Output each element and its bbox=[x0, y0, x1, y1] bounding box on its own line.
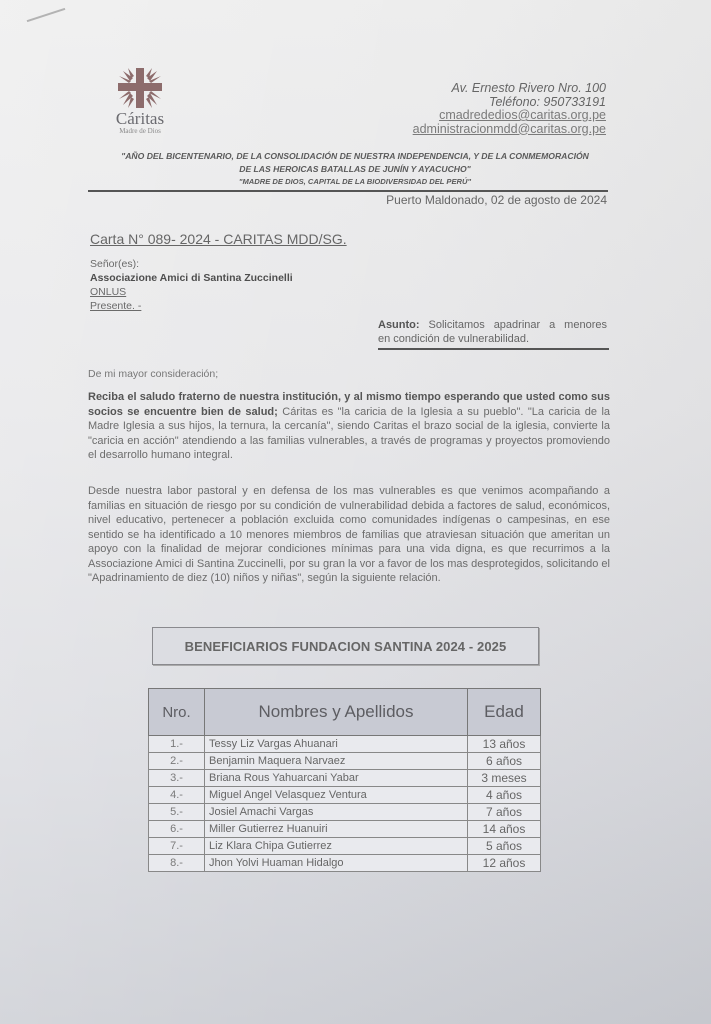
paragraph-1: Reciba el saludo fraterno de nuestra ins… bbox=[88, 390, 610, 463]
column-header-name: Nombres y Apellidos bbox=[205, 689, 468, 736]
email-link-2[interactable]: administracionmdd@caritas.org.pe bbox=[413, 123, 606, 137]
beneficiary-age: 7 años bbox=[468, 804, 541, 821]
presente-label: Presente. - bbox=[90, 299, 293, 313]
subject-line-2: en condición de vulnerabilidad. bbox=[378, 332, 607, 346]
motto-line-3: "MADRE DE DIOS, CAPITAL DE LA BIODIVERSI… bbox=[90, 176, 620, 188]
beneficiaries-table: Nro. Nombres y Apellidos Edad 1.-Tessy L… bbox=[148, 688, 541, 872]
row-number: 3.- bbox=[149, 770, 205, 787]
table-row: 7.-Liz Klara Chipa Gutierrez5 años bbox=[149, 838, 541, 855]
row-number: 7.- bbox=[149, 838, 205, 855]
column-header-nro: Nro. bbox=[149, 689, 205, 736]
subject-block: Asunto: Solicitamos apadrinar a menores … bbox=[378, 318, 607, 346]
row-number: 8.- bbox=[149, 855, 205, 872]
beneficiary-age: 4 años bbox=[468, 787, 541, 804]
official-motto: "AÑO DEL BICENTENARIO, DE LA CONSOLIDACI… bbox=[90, 150, 620, 188]
beneficiary-age: 14 años bbox=[468, 821, 541, 838]
beneficiary-name: Miguel Angel Velasquez Ventura bbox=[205, 787, 468, 804]
beneficiary-name: Jhon Yolvi Huaman Hidalgo bbox=[205, 855, 468, 872]
column-header-age: Edad bbox=[468, 689, 541, 736]
address: Av. Ernesto Rivero Nro. 100 bbox=[413, 82, 606, 96]
beneficiary-name: Liz Klara Chipa Gutierrez bbox=[205, 838, 468, 855]
table-row: 4.-Miguel Angel Velasquez Ventura4 años bbox=[149, 787, 541, 804]
beneficiary-name: Tessy Liz Vargas Ahuanari bbox=[205, 736, 468, 753]
table-row: 2.-Benjamin Maquera Narvaez6 años bbox=[149, 753, 541, 770]
letter-date: Puerto Maldonado, 02 de agosto de 2024 bbox=[386, 193, 607, 207]
subject-divider bbox=[378, 348, 609, 350]
subject-label: Asunto: bbox=[378, 319, 420, 331]
beneficiary-name: Briana Rous Yahuarcani Yabar bbox=[205, 770, 468, 787]
beneficiary-age: 5 años bbox=[468, 838, 541, 855]
motto-line-1: "AÑO DEL BICENTENARIO, DE LA CONSOLIDACI… bbox=[90, 150, 620, 163]
row-number: 2.- bbox=[149, 753, 205, 770]
beneficiary-age: 13 años bbox=[468, 736, 541, 753]
beneficiaries-title: BENEFICIARIOS FUNDACION SANTINA 2024 - 2… bbox=[152, 627, 539, 665]
phone: Teléfono: 950733191 bbox=[413, 96, 606, 110]
beneficiary-age: 12 años bbox=[468, 855, 541, 872]
contact-block: Av. Ernesto Rivero Nro. 100 Teléfono: 95… bbox=[413, 82, 606, 136]
letter-reference: Carta N° 089- 2024 - CARITAS MDD/SG. bbox=[90, 231, 347, 247]
row-number: 5.- bbox=[149, 804, 205, 821]
beneficiary-age: 6 años bbox=[468, 753, 541, 770]
row-number: 6.- bbox=[149, 821, 205, 838]
caritas-logo: Cáritas Madre de Dios bbox=[108, 66, 172, 136]
header-divider bbox=[88, 190, 608, 192]
recipient-organization: Associazione Amici di Santina Zuccinelli bbox=[90, 271, 293, 285]
table-row: 5.-Josiel Amachi Vargas7 años bbox=[149, 804, 541, 821]
table-row: 6.-Miller Gutierrez Huanuiri14 años bbox=[149, 821, 541, 838]
table-row: 8.-Jhon Yolvi Huaman Hidalgo12 años bbox=[149, 855, 541, 872]
greeting: De mi mayor consideración; bbox=[88, 368, 218, 380]
row-number: 1.- bbox=[149, 736, 205, 753]
subject-line-1: Solicitamos apadrinar a menores bbox=[429, 319, 607, 331]
table-header-row: Nro. Nombres y Apellidos Edad bbox=[149, 689, 541, 736]
table-row: 3.-Briana Rous Yahuarcani Yabar3 meses bbox=[149, 770, 541, 787]
beneficiary-name: Josiel Amachi Vargas bbox=[205, 804, 468, 821]
logo-brand: Cáritas bbox=[108, 111, 172, 127]
motto-line-2: DE LAS HEROICAS BATALLAS DE JUNÍN Y AYAC… bbox=[90, 163, 620, 176]
beneficiary-name: Benjamin Maquera Narvaez bbox=[205, 753, 468, 770]
beneficiary-name: Miller Gutierrez Huanuiri bbox=[205, 821, 468, 838]
caritas-cross-icon bbox=[115, 66, 165, 110]
recipient-block: Señor(es): Associazione Amici di Santina… bbox=[90, 257, 293, 313]
table-row: 1.-Tessy Liz Vargas Ahuanari13 años bbox=[149, 736, 541, 753]
email-link-1[interactable]: cmadrededios@caritas.org.pe bbox=[413, 109, 606, 123]
recipient-suffix: ONLUS bbox=[90, 285, 293, 299]
logo-subtitle: Madre de Dios bbox=[108, 127, 172, 136]
letter-page: Cáritas Madre de Dios Av. Ernesto Rivero… bbox=[0, 0, 711, 1024]
row-number: 4.- bbox=[149, 787, 205, 804]
paragraph-2: Desde nuestra labor pastoral y en defens… bbox=[88, 484, 610, 586]
beneficiary-age: 3 meses bbox=[468, 770, 541, 787]
paper-mark bbox=[27, 8, 66, 22]
salutation-label: Señor(es): bbox=[90, 257, 293, 271]
